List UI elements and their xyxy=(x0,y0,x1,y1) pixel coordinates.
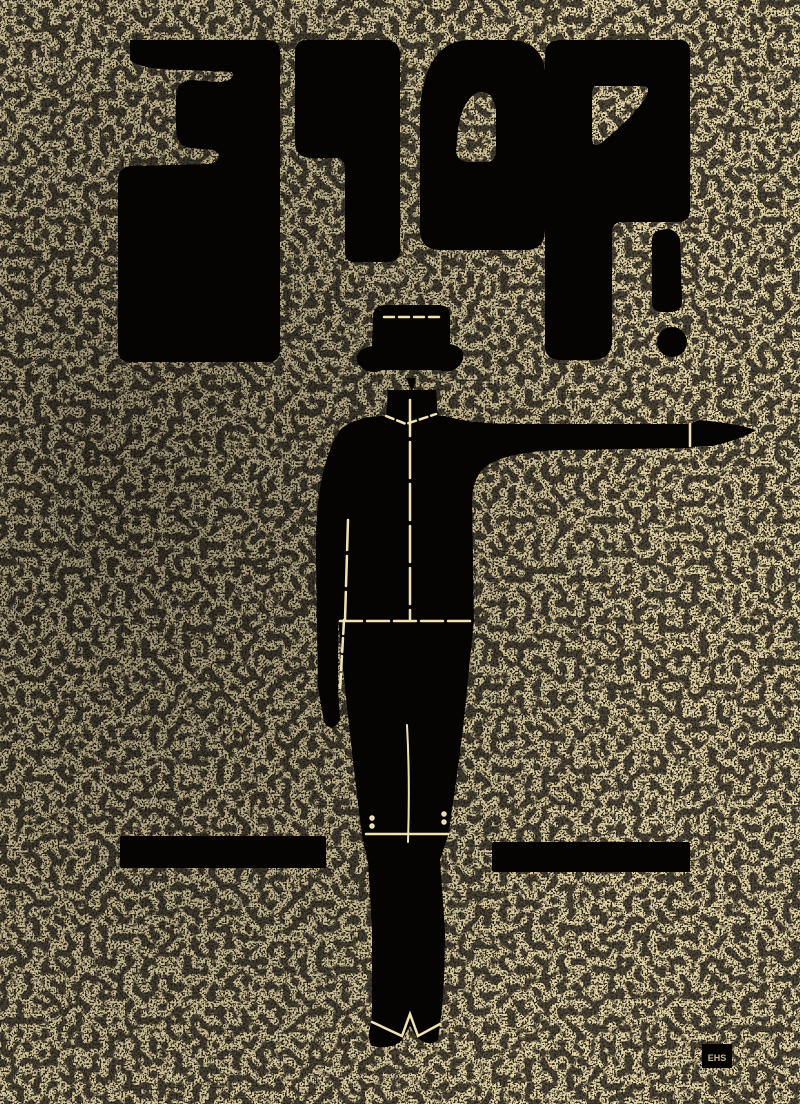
right-bar xyxy=(492,842,690,872)
exclamation-mark xyxy=(652,229,682,312)
left-bar xyxy=(120,836,326,868)
artist-monogram: EHS xyxy=(702,1044,732,1068)
stop-poster: STOP! Uniformed figure with outstretched… xyxy=(0,0,800,1104)
exclamation-dot xyxy=(657,327,687,357)
svg-text:EHS: EHS xyxy=(708,1053,727,1063)
collar xyxy=(386,390,438,418)
